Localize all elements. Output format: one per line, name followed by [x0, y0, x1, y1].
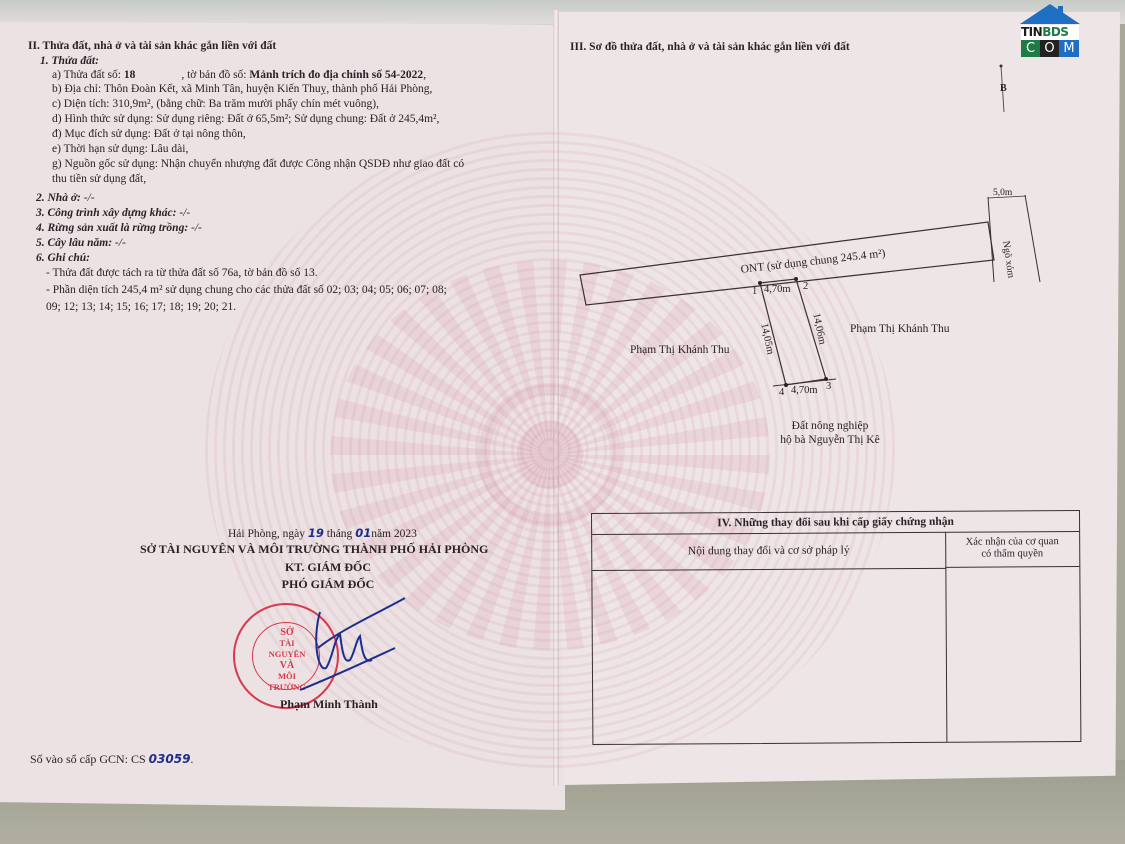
point-1: 1 — [752, 285, 757, 299]
south-neighbor-line-2: hộ bà Nguyễn Thị Kê — [760, 433, 900, 447]
changes-column-header-content: Nội dung thay đổi và cơ sở pháp lý — [592, 532, 946, 571]
west-neighbor: Phạm Thị Khánh Thu — [630, 343, 730, 357]
changes-content-cell — [592, 569, 947, 744]
tinbds-logo: TINBDS C O M — [1018, 4, 1082, 62]
point-4: 4 — [779, 386, 784, 400]
south-neighbor-line-1: Đất nông nghiệp — [770, 419, 890, 433]
point-2: 2 — [803, 280, 808, 294]
north-label: B — [1000, 82, 1007, 96]
house-roof-icon — [1020, 4, 1080, 24]
chimney-icon — [1058, 6, 1063, 16]
top-edge-length: 4,70m — [764, 283, 791, 297]
east-neighbor: Phạm Thị Khánh Thu — [850, 322, 950, 336]
point-3: 3 — [826, 380, 831, 394]
changes-table: IV. Những thay đổi sau khi cấp giấy chứn… — [591, 510, 1081, 745]
changes-confirmation-cell — [946, 568, 1080, 742]
lane-width-label: 5,0m — [993, 186, 1012, 200]
bottom-edge-length: 4,70m — [791, 384, 818, 398]
changes-column-header-confirmation: Xác nhận của cơ quan có thẩm quyền — [945, 531, 1079, 568]
